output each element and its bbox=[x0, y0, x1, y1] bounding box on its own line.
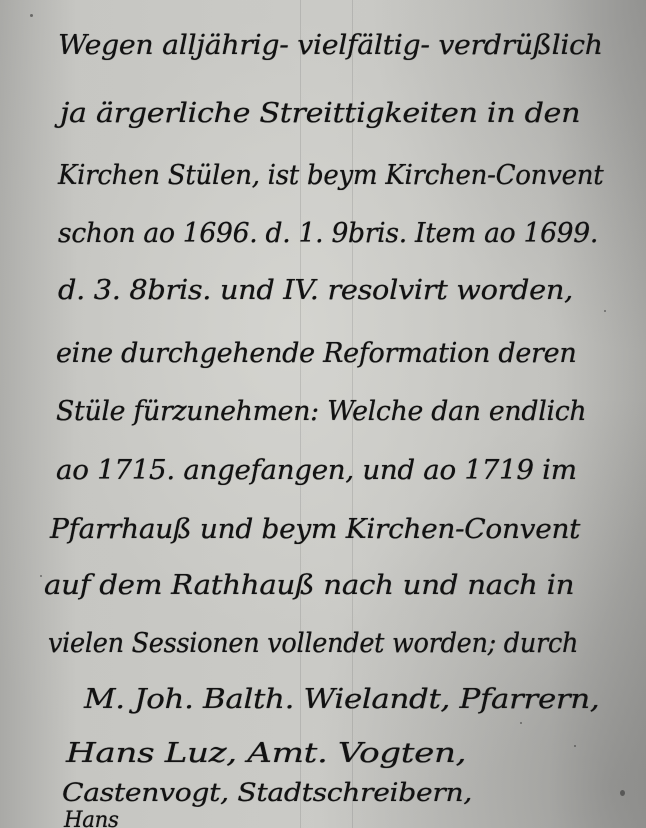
paper-speck bbox=[30, 14, 33, 17]
paper-speck bbox=[40, 575, 42, 577]
manuscript-line: vielen Sessionen vollendet worden; durch bbox=[48, 628, 578, 659]
manuscript-line: auf dem Rathhauß nach und nach in bbox=[44, 570, 574, 601]
paper-speck bbox=[574, 745, 576, 747]
manuscript-line: schon ao 1696. d. 1. 9bris. Item ao 1699… bbox=[58, 218, 598, 249]
paper-speck bbox=[604, 310, 606, 312]
manuscript-line: M. Joh. Balth. Wielandt, Pfarrern, bbox=[84, 684, 599, 715]
manuscript-page: Wegen alljährig- vielfältig- verdrüßlich… bbox=[0, 0, 646, 828]
manuscript-line: Pfarrhauß und beym Kirchen-Convent bbox=[50, 514, 580, 545]
paper-speck bbox=[520, 722, 522, 724]
manuscript-line: eine durchgehende Reformation deren bbox=[56, 338, 576, 369]
manuscript-line: Kirchen Stülen, ist beym Kirchen-Convent bbox=[58, 160, 603, 191]
manuscript-line: Hans Luz, Amt. Vogten, bbox=[66, 738, 466, 769]
manuscript-line: Stüle fürzunehmen: Welche dan endlich bbox=[56, 396, 586, 427]
manuscript-line: d. 3. 8bris. und IV. resolvirt worden, bbox=[58, 275, 573, 306]
manuscript-line: ja ärgerliche Streittigkeiten in den bbox=[60, 98, 580, 129]
manuscript-line: Wegen alljährig- vielfältig- verdrüßlich bbox=[58, 30, 603, 61]
paper-speck bbox=[620, 790, 625, 796]
manuscript-line: Hans bbox=[64, 808, 119, 828]
manuscript-line: ao 1715. angefangen, und ao 1719 im bbox=[56, 455, 577, 486]
manuscript-line: Castenvogt, Stadtschreibern, bbox=[62, 778, 472, 807]
